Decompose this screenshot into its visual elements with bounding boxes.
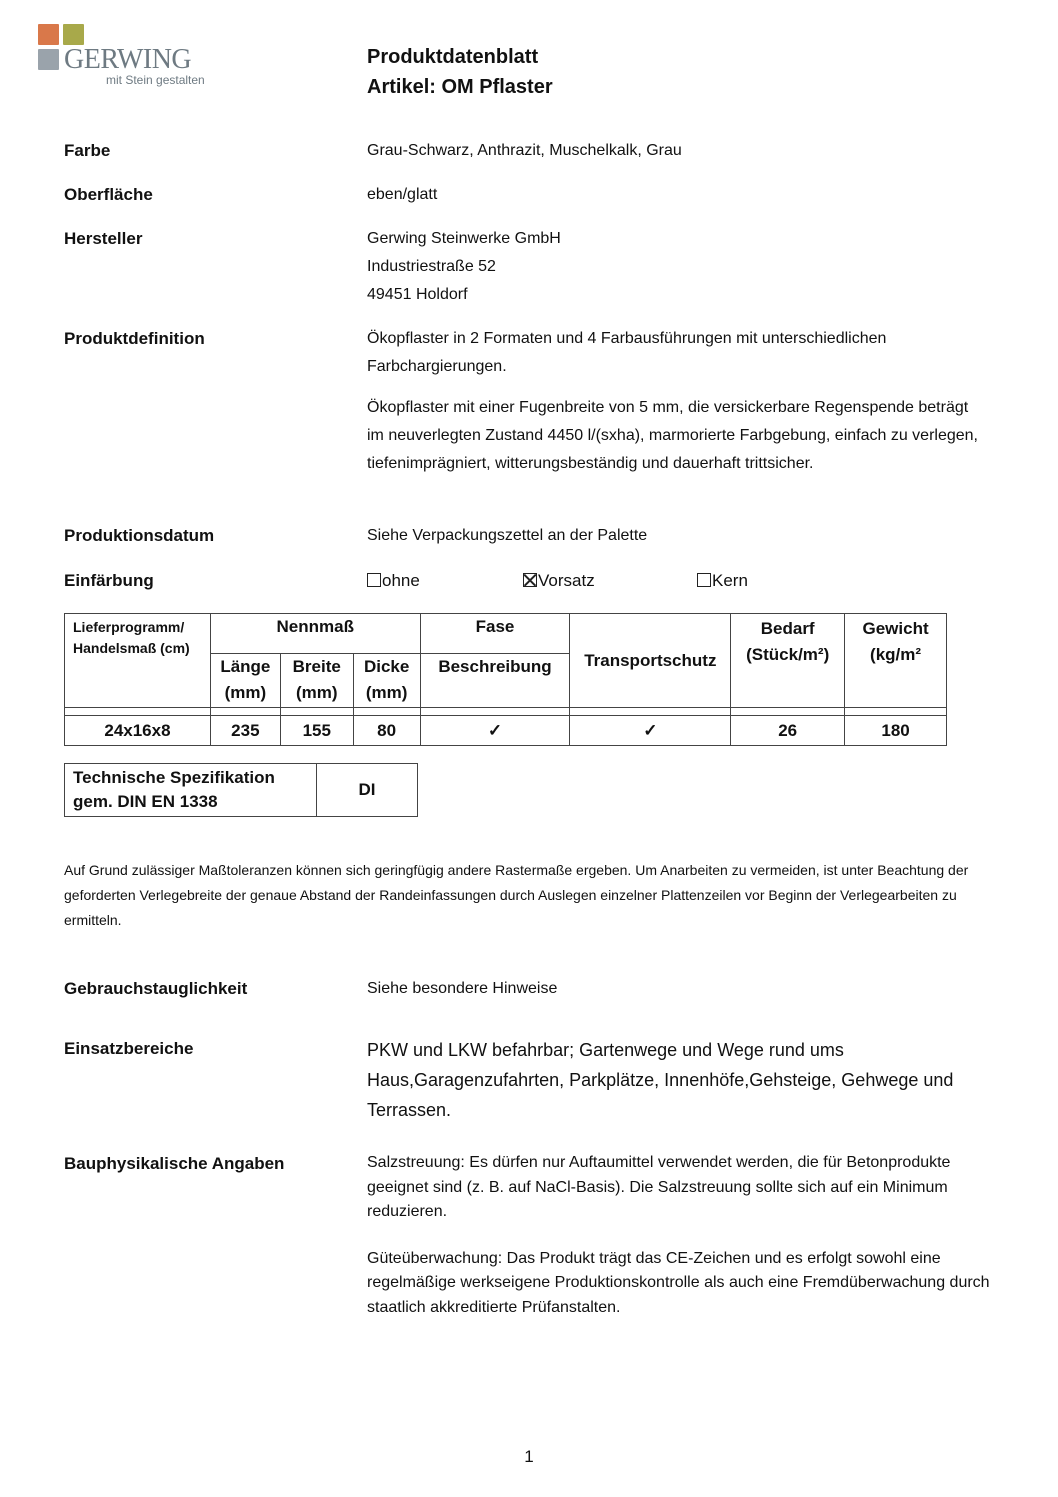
logo-tagline: mit Stein gestalten bbox=[106, 73, 205, 87]
spec-table: Lieferprogramm/ Handelsmaß (cm) Nennmaß … bbox=[64, 613, 947, 746]
field-label: Produktionsdatum bbox=[64, 522, 214, 550]
checkbox-unchecked-icon[interactable] bbox=[697, 573, 711, 587]
field-label: Hersteller bbox=[64, 225, 142, 253]
checkbox-unchecked-icon[interactable] bbox=[367, 573, 381, 587]
paragraph: Ökopflaster mit einer Fugenbreite von 5 … bbox=[367, 394, 982, 478]
header-laenge: Länge (mm) bbox=[210, 654, 280, 708]
tolerance-note: Auf Grund zulässiger Maßtoleranzen könne… bbox=[64, 858, 994, 933]
option-kern[interactable]: Kern bbox=[697, 567, 748, 595]
cell-laenge: 235 bbox=[210, 716, 280, 746]
table-row: 24x16x8 235 155 80 ✓ ✓ 26 180 bbox=[65, 716, 947, 746]
din-spec-value: DI bbox=[317, 764, 418, 817]
header-bedarf: Bedarf (Stück/m²) bbox=[731, 614, 845, 708]
document-title: Produktdatenblatt Artikel: OM Pflaster bbox=[367, 42, 553, 102]
field-value: eben/glatt bbox=[367, 181, 997, 209]
cell-format: 24x16x8 bbox=[65, 716, 211, 746]
header-transportschutz: Transportschutz bbox=[570, 614, 731, 708]
field-value: Ökopflaster in 2 Formaten und 4 Farbausf… bbox=[367, 325, 982, 478]
logo-square-orange bbox=[38, 24, 59, 45]
option-label: Kern bbox=[712, 571, 748, 590]
field-label: Produktdefinition bbox=[64, 325, 205, 353]
address-line: Industriestraße 52 bbox=[367, 253, 997, 281]
cell-dicke: 80 bbox=[353, 716, 420, 746]
title-line-2: Artikel: OM Pflaster bbox=[367, 72, 553, 102]
option-label: ohne bbox=[382, 571, 420, 590]
header-dicke: Dicke (mm) bbox=[353, 654, 420, 708]
logo-brand-name: GERWING bbox=[64, 46, 191, 74]
header-gewicht: Gewicht (kg/m² bbox=[845, 614, 947, 708]
field-value: Siehe Verpackungszettel an der Palette bbox=[367, 522, 997, 550]
field-label: Gebrauchstauglichkeit bbox=[64, 975, 247, 1003]
field-value: Gerwing Steinwerke GmbH Industriestraße … bbox=[367, 225, 997, 309]
checkmark-icon: ✓ bbox=[420, 716, 570, 746]
header-lieferprogramm: Lieferprogramm/ Handelsmaß (cm) bbox=[65, 614, 211, 708]
option-label: Vorsatz bbox=[538, 571, 595, 590]
field-value: Siehe besondere Hinweise bbox=[367, 975, 997, 1003]
header-nennmass: Nennmaß bbox=[210, 614, 420, 654]
option-vorsatz[interactable]: Vorsatz bbox=[523, 567, 595, 595]
header-fase: Fase bbox=[420, 614, 570, 654]
cell-breite: 155 bbox=[280, 716, 353, 746]
cell-bedarf: 26 bbox=[731, 716, 845, 746]
company-logo: GERWING mit Stein gestalten bbox=[38, 24, 238, 94]
field-label: Einsatzbereiche bbox=[64, 1035, 193, 1063]
field-value: PKW und LKW befahrbar; Gartenwege und We… bbox=[367, 1035, 1002, 1125]
field-label: Farbe bbox=[64, 137, 110, 165]
header-beschreibung: Beschreibung bbox=[420, 654, 570, 708]
cell-gewicht: 180 bbox=[845, 716, 947, 746]
field-label: Einfärbung bbox=[64, 567, 154, 595]
logo-square-olive bbox=[63, 24, 84, 45]
address-line: Gerwing Steinwerke GmbH bbox=[367, 225, 997, 253]
page-number: 1 bbox=[0, 1447, 1058, 1467]
checkbox-checked-icon[interactable] bbox=[523, 573, 537, 587]
field-label: Bauphysikalische Angaben bbox=[64, 1150, 284, 1178]
option-ohne[interactable]: ohne bbox=[367, 567, 420, 595]
table-spacer-row bbox=[65, 708, 947, 716]
header-breite: Breite (mm) bbox=[280, 654, 353, 708]
field-label: Oberfläche bbox=[64, 181, 153, 209]
field-value: Salzstreuung: Es dürfen nur Auftaumittel… bbox=[367, 1151, 997, 1320]
title-line-1: Produktdatenblatt bbox=[367, 42, 553, 72]
din-spec-label: Technische Spezifikation gem. DIN EN 133… bbox=[65, 764, 317, 817]
din-spec-table: Technische Spezifikation gem. DIN EN 133… bbox=[64, 763, 418, 817]
address-line: 49451 Holdorf bbox=[367, 281, 997, 309]
paragraph: Güteüberwachung: Das Produkt trägt das C… bbox=[367, 1247, 997, 1321]
paragraph: Salzstreuung: Es dürfen nur Auftaumittel… bbox=[367, 1151, 997, 1225]
logo-square-gray bbox=[38, 49, 59, 70]
checkmark-icon: ✓ bbox=[570, 716, 731, 746]
paragraph: Ökopflaster in 2 Formaten und 4 Farbausf… bbox=[367, 325, 982, 381]
field-value: Grau-Schwarz, Anthrazit, Muschelkalk, Gr… bbox=[367, 137, 997, 165]
